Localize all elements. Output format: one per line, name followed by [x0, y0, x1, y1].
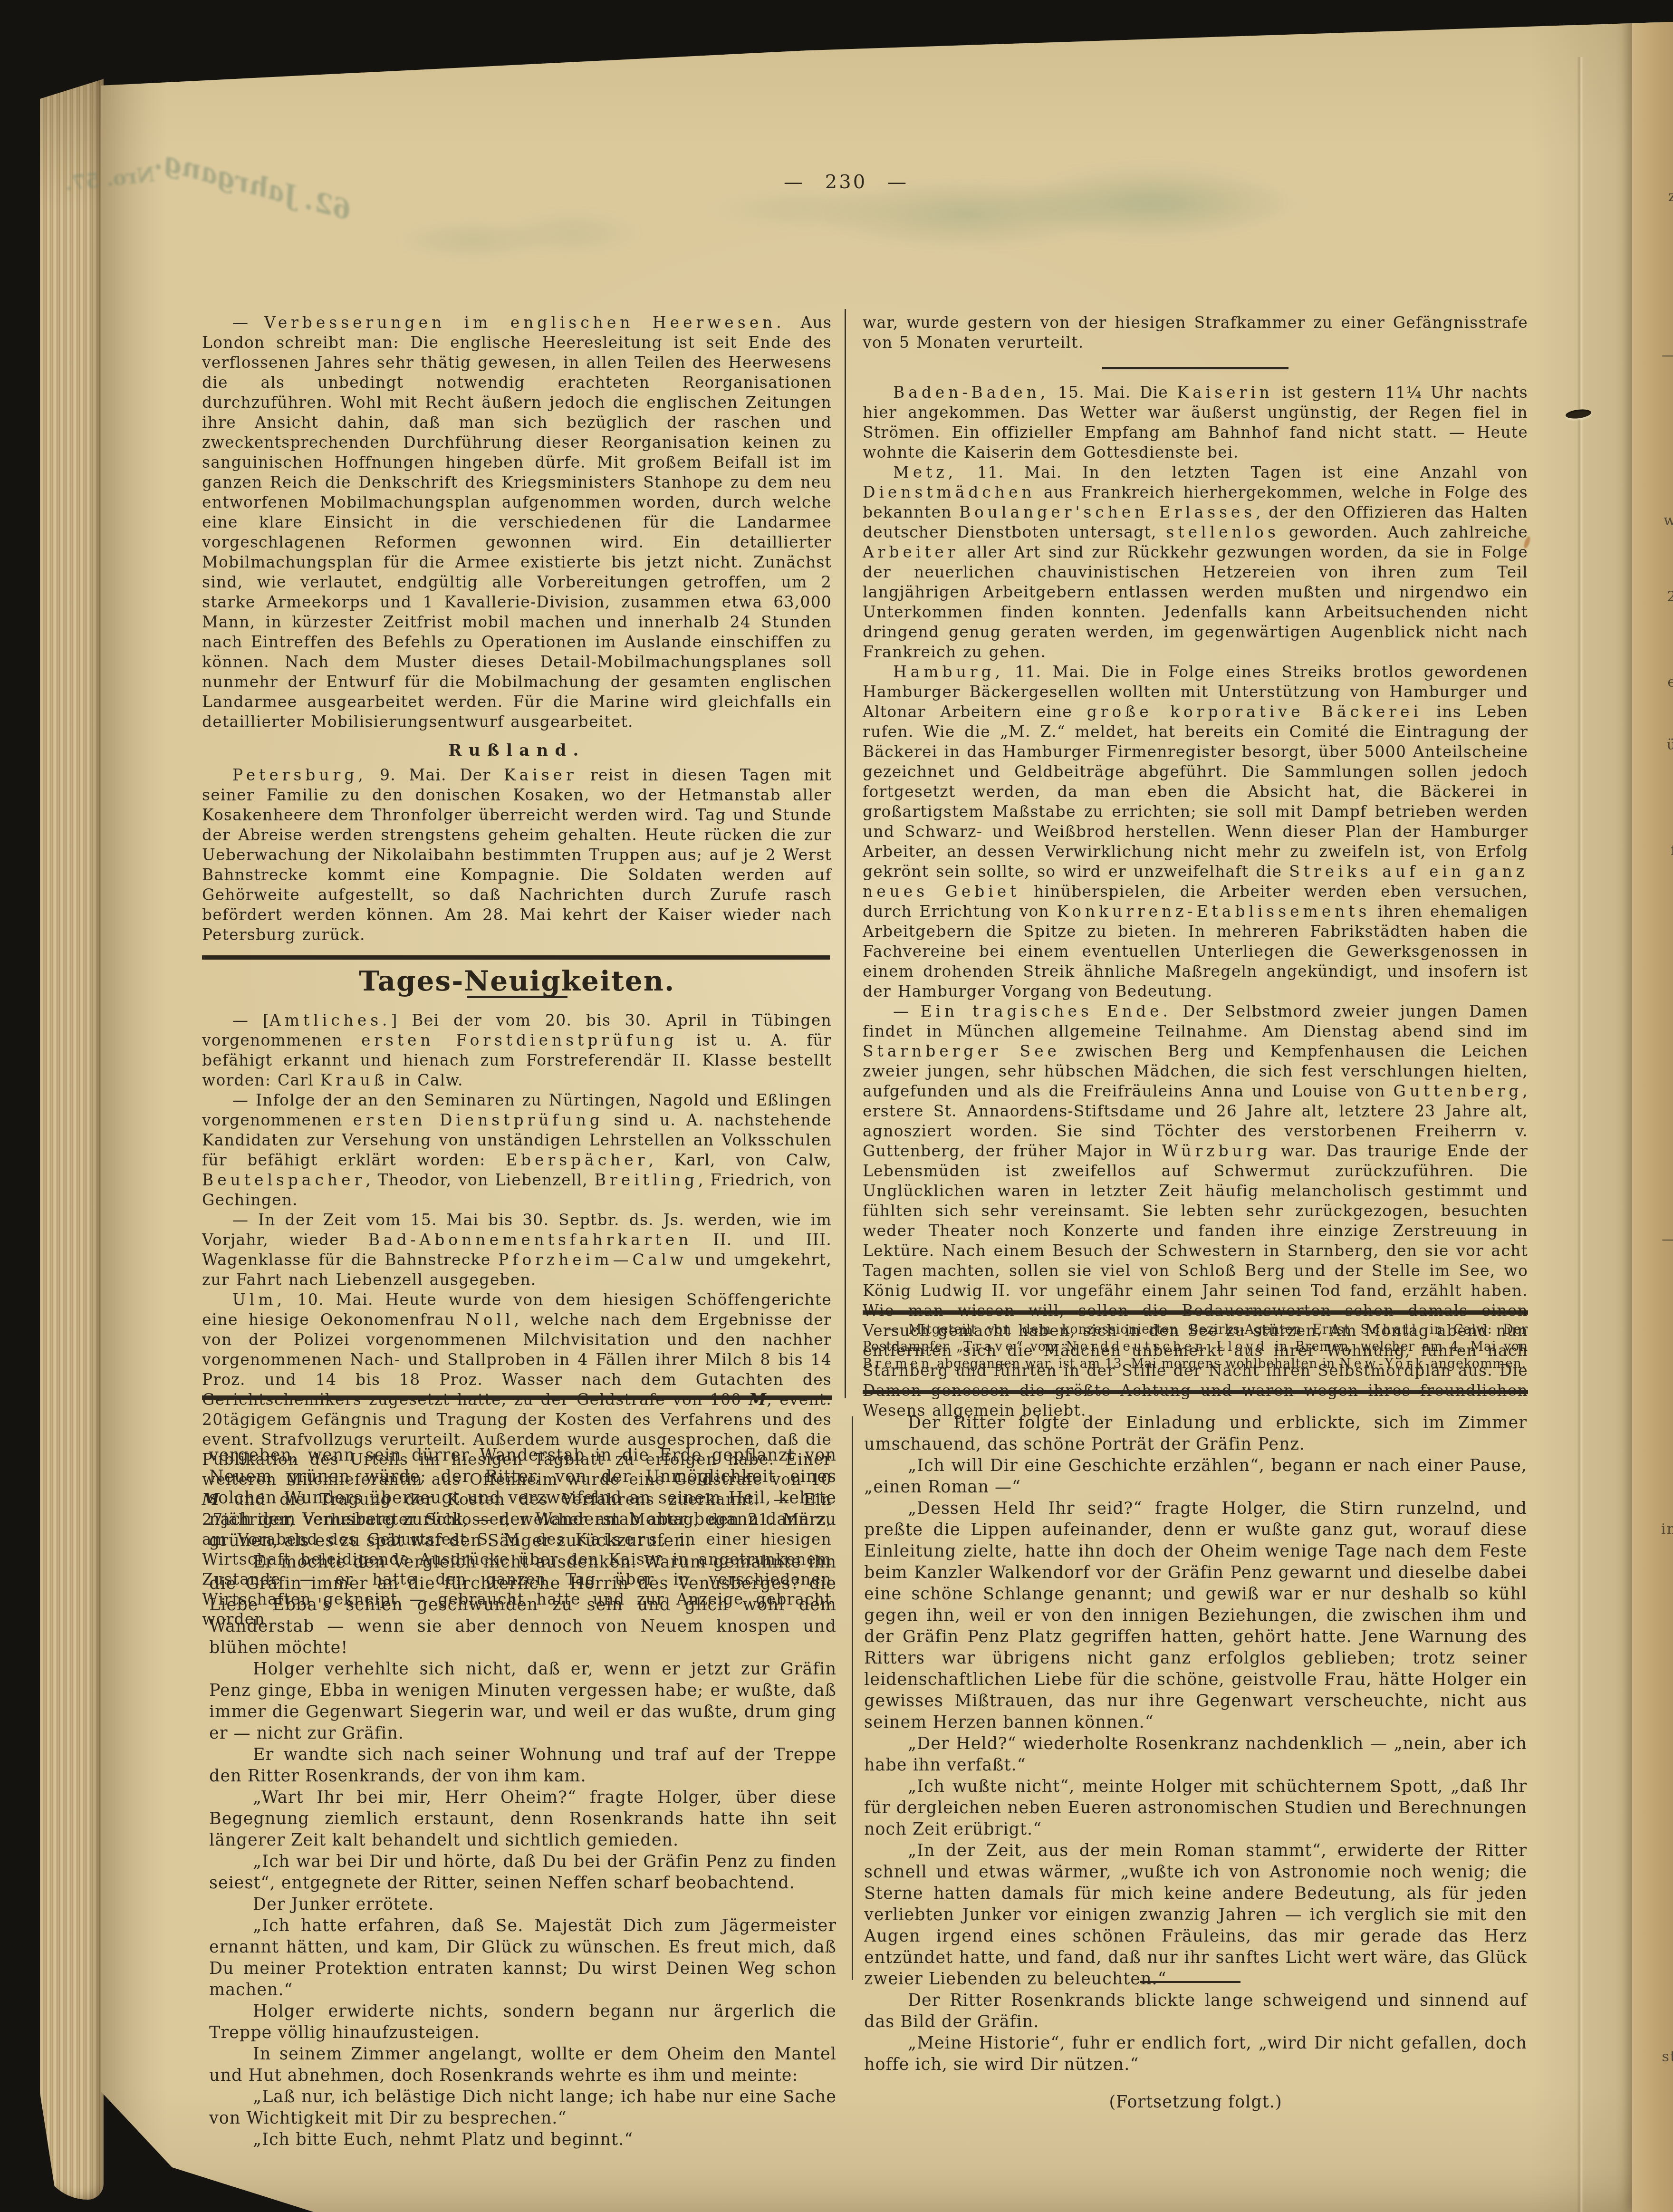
feuilleton-left-column: vergeben, wenn sein dürrer Wanderstab in…	[209, 1445, 836, 2151]
paragraph: „Ich wußte nicht“, meinte Holger mit sch…	[864, 1776, 1527, 1840]
paragraph: „Der Held?“ wiederholte Rosenkranz nachd…	[864, 1733, 1527, 1776]
upper-right-column: war, wurde gestern von der hiesigen Stra…	[863, 313, 1528, 1421]
paragraph: Der Ritter Rosenkrands blickte lange sch…	[864, 1990, 1527, 2033]
article-fahrkarten: — In der Zeit vom 15. Mai bis 30. Septbr…	[202, 1210, 832, 1290]
agent-notice-text: — Mitgeteilt von dem konzessionierten Be…	[863, 1321, 1528, 1373]
edge-glyph-fragment: e	[1667, 674, 1673, 691]
paragraph: „Meine Historie“, fuhr er endlich fort, …	[864, 2033, 1527, 2076]
scanned-newspaper-photo: z—w2eüf—inst Nro. 57. 62. Jahrgang. — 23…	[0, 0, 1673, 2212]
paragraph: Holger erwiderte nichts, sondern begann …	[209, 2001, 836, 2044]
paragraph: vergeben, wenn sein dürrer Wanderstab in…	[209, 1445, 836, 1552]
paragraph: (Fortsetzung folgt.)	[864, 2092, 1527, 2113]
section-heading-russland: Rußland.	[202, 741, 832, 760]
column-divider-lower	[852, 1416, 853, 1980]
edge-glyph-fragment: z	[1668, 188, 1673, 205]
paragraph: In seinem Zimmer angelangt, wollte er de…	[209, 2044, 836, 2087]
agent-notice-small-print: — Mitgeteilt von dem konzessionierten Be…	[863, 1321, 1528, 1373]
adjacent-page-edge: z—w2eüf—inst	[1632, 14, 1673, 2212]
paragraph: „Ich bitte Euch, nehmt Platz und beginnt…	[209, 2129, 836, 2151]
book-page-stack-edge	[40, 66, 104, 2200]
paragraph: „In der Zeit, aus der mein Roman stammt“…	[864, 1840, 1527, 1990]
edge-glyph-fragment: st	[1662, 2049, 1673, 2065]
article-petersburg: Petersburg, 9. Mai. Der Kaiser reist in …	[202, 765, 832, 945]
paper-hole	[1565, 408, 1592, 420]
horizontal-rule-thick	[202, 1395, 832, 1400]
article-english-army: — Verbesserungen im englischen Heerwesen…	[202, 313, 832, 732]
paragraph: „Ich hatte erfahren, daß Se. Majestät Di…	[209, 1915, 836, 2001]
article-seminare: — Infolge der an den Seminaren zu Nürtin…	[202, 1090, 832, 1210]
section-heading-tages-neuigkeiten: Tages-Neuigkeiten.	[202, 971, 832, 991]
article-baden-baden: Baden-Baden, 15. Mai. Die Kaiserin ist g…	[863, 383, 1528, 462]
paragraph: Holger verhehlte sich nicht, daß er, wen…	[209, 1659, 836, 1744]
paragraph: Er mochte den Vergleich nicht ausdenken.…	[209, 1552, 836, 1659]
edge-glyph-fragment: —	[1662, 1231, 1673, 1248]
column-divider-upper	[845, 309, 846, 1398]
feuilleton-right-column: Der Ritter folgte der Einladung und erbl…	[864, 1413, 1527, 2113]
paragraph: „Dessen Held Ihr seid?“ fragte Holger, d…	[864, 1498, 1527, 1733]
article-continuation: war, wurde gestern von der hiesigen Stra…	[863, 313, 1528, 353]
horizontal-rule-thick	[202, 955, 830, 960]
paragraph: „Laß nur, ich belästige Dich nicht lange…	[209, 2087, 836, 2129]
edge-glyph-fragment: w	[1663, 512, 1673, 529]
horizontal-rule-thick	[863, 1390, 1528, 1394]
paragraph: „Wart Ihr bei mir, Herr Oheim?“ fragte H…	[209, 1787, 836, 1851]
edge-glyph-fragment: 2	[1667, 588, 1673, 605]
fold-crease	[1577, 57, 1584, 2212]
article-metz: Metz, 11. Mai. In den letzten Tagen ist …	[863, 462, 1528, 662]
page-number: — 230 —	[703, 171, 989, 193]
edge-glyph-fragment: in	[1661, 1521, 1673, 1538]
paragraph: Der Ritter folgte der Einladung und erbl…	[864, 1413, 1527, 1455]
horizontal-rule-thick	[863, 1310, 1528, 1315]
paragraph: Der Junker errötete.	[209, 1894, 836, 1915]
paragraph: „Ich will Dir eine Geschichte erzählen“,…	[864, 1455, 1527, 1498]
edge-glyph-fragment: f	[1671, 842, 1673, 859]
paragraph: Er wandte sich nach seiner Wohnung und t…	[209, 1744, 836, 1787]
article-amtliches: — [Amtliches.] Bei der vom 20. bis 30. A…	[202, 1010, 832, 1090]
adjacent-page-text-fragments: z—w2eüf—inst	[1632, 14, 1673, 2212]
edge-glyph-fragment: —	[1662, 347, 1673, 364]
upper-left-column: — Verbesserungen im englischen Heerwesen…	[202, 313, 832, 1629]
paragraph: „Ich war bei Dir und hörte, daß Du bei d…	[209, 1851, 836, 1894]
horizontal-rule-short	[1102, 367, 1288, 369]
end-rule	[1140, 1981, 1240, 1983]
edge-glyph-fragment: ü	[1667, 737, 1673, 753]
article-hamburg: Hamburg, 11. Mai. Die in Folge eines Str…	[863, 662, 1528, 1001]
